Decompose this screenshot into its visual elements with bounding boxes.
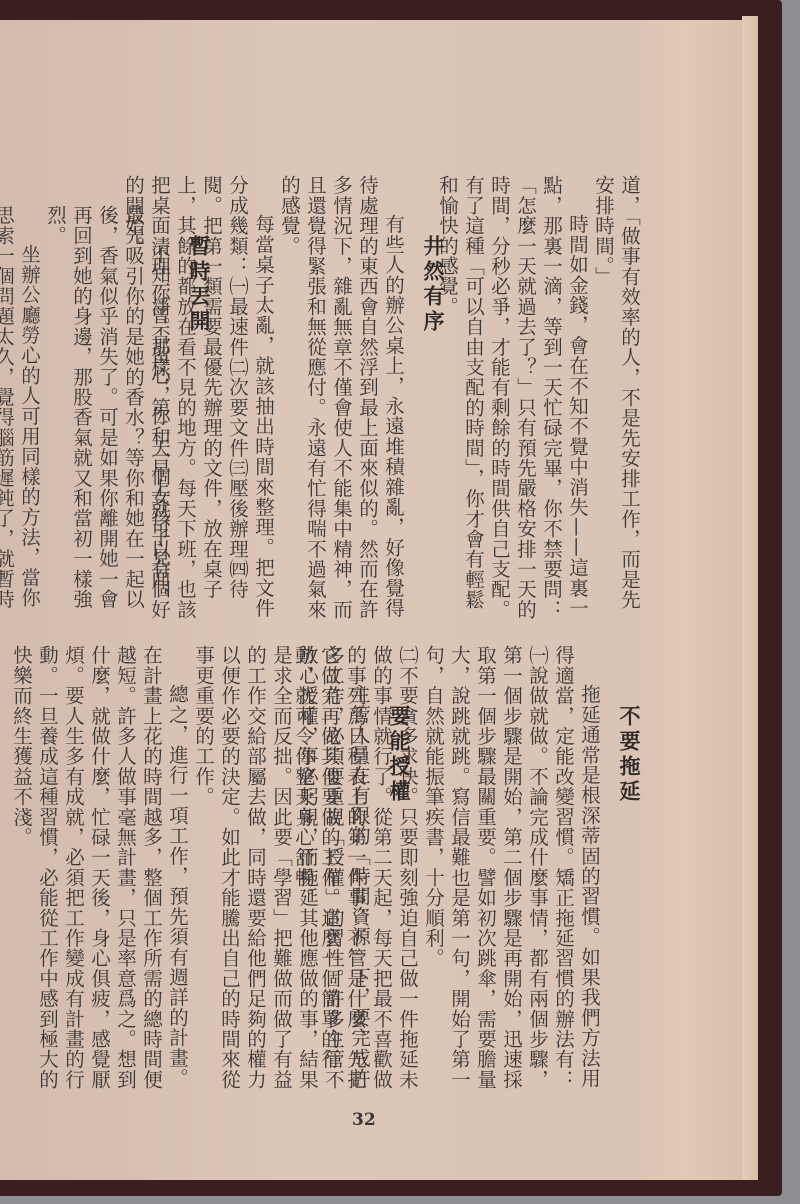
paragraph: 不知你曾否留心，你和一個女孩子見面，最先吸引你的是她的香水？等你和她在一起以後，… [42,205,172,625]
section-delegate: 要能授權 主管人員在有限的「時間資源」下，要完成許多工作，必須要重視「授權」的習… [8,645,412,1105]
book-page: 道，「做事有效率的人，不是先安排工作，而是先安排時間。」 時間如金錢，會在不知不… [0,20,742,1180]
paragraph: ㈠說做就做。不論完成什麼事情，都有兩個步驟，第一個步驟是開始，第二個步驟是再開始… [420,645,550,1105]
paragraph: 坐辦公廳勞心的人可用同樣的方法，當你思索一個問題太久，覺得腦筋遲鈍了，就暫時丟開… [0,205,42,625]
paragraph: 拖延通常是根深蒂固的習慣。如果我們方法用得適當，定能改變習慣。矯正拖延習慣的辦法… [550,645,602,1105]
page-stack-edge [742,16,758,1180]
paragraph: 總之，進行一項工作，預先須有週詳的計畫。在計畫上花的時間越多，整個工作所需的總時… [8,645,190,1105]
section-time-as-money: 道，「做事有效率的人，不是先安排工作，而是先安排時間。」 時間如金錢，會在不知不… [434,175,642,625]
paragraph: 時間如金錢，會在不知不覺中消失——這裏一點，那裏一滴，等到一天忙碌完畢，你不禁要… [434,175,590,625]
section-heading: 井然有序 [420,175,446,625]
section-heading: 要能授權 [386,645,412,1105]
section-heading: 不要拖延 [616,645,642,1105]
section-heading: 暫時丟開 [186,205,212,625]
paragraph: 主管人員在有限的「時間資源」下，要完成許多工作，必須要重視「授權」的習性。許多主… [190,645,372,1105]
paragraph: 有些人的辦公桌上，永遠堆積雜亂，好像覺得待處理的東西會自然浮到最上面來似的。然而… [276,175,406,625]
section-set-aside: 暫時丟開 不知你曾否留心，你和一個女孩子見面，最先吸引你的是她的香水？等你和她在… [0,205,212,625]
page-number: 32 [352,1110,376,1130]
paragraph: 道，「做事有效率的人，不是先安排工作，而是先安排時間。」 [590,175,642,625]
